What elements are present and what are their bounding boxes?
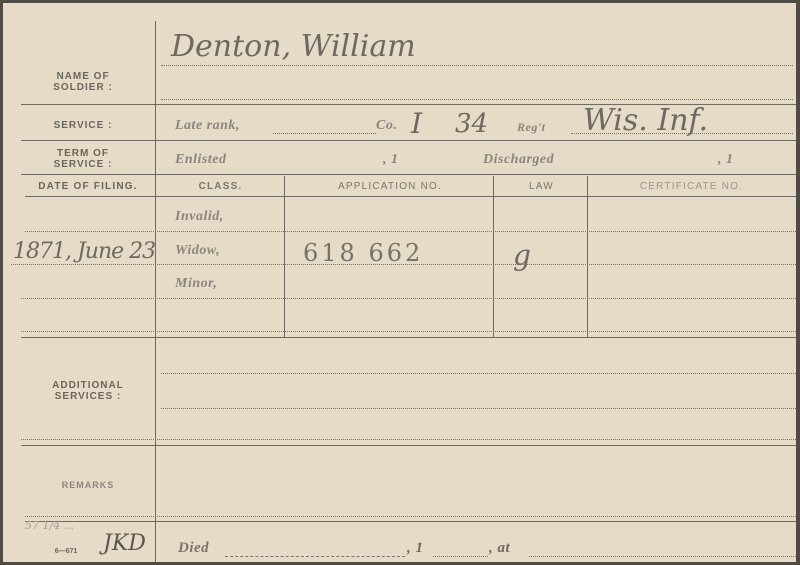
app-law-divider xyxy=(493,176,494,337)
law-cert-divider xyxy=(587,176,588,337)
additional-line-3 xyxy=(21,439,796,440)
term-row-bottom xyxy=(21,174,796,175)
enlisted-year: , 1 xyxy=(383,152,399,168)
died-year-line xyxy=(433,556,488,557)
name-line-1 xyxy=(161,65,793,66)
regiment-value: Wis. Inf. xyxy=(583,103,708,138)
died-label: Died xyxy=(178,540,209,557)
regiment-label: Reg't xyxy=(517,120,546,135)
additional-line-2 xyxy=(161,408,796,409)
late-rank-label: Late rank, xyxy=(175,118,240,134)
table-line-4 xyxy=(21,331,796,332)
additional-line-1 xyxy=(161,373,796,374)
stamp-note: 57 1/4 ... xyxy=(25,519,74,532)
additional-bottom xyxy=(21,445,796,446)
class-invalid: Invalid, xyxy=(175,209,224,225)
died-year: , 1 xyxy=(407,540,424,557)
additional-services-label: ADDITIONAL SERVICES : xyxy=(33,380,143,402)
class-minor: Minor, xyxy=(175,276,217,292)
law-value: g xyxy=(513,239,531,272)
died-date-line xyxy=(225,556,405,557)
enlisted-label: Enlisted xyxy=(175,152,226,168)
died-place-line xyxy=(529,556,796,557)
left-column-divider xyxy=(155,21,156,562)
table-line-1 xyxy=(25,231,796,232)
service-row-bottom xyxy=(21,140,796,141)
remarks-label: REMARKS xyxy=(33,480,143,491)
regiment-number-value: 34 xyxy=(455,109,488,139)
remarks-bottom xyxy=(25,521,796,522)
soldier-name-value: Denton, William xyxy=(171,29,416,64)
late-rank-line xyxy=(273,133,376,134)
application-no-value: 618 662 xyxy=(303,239,423,267)
table-line-3 xyxy=(21,298,796,299)
law-header: LAW xyxy=(495,181,588,192)
name-line-2 xyxy=(161,99,793,100)
company-label: Co. xyxy=(376,118,397,134)
discharged-label: Discharged xyxy=(483,152,554,168)
remarks-line xyxy=(25,516,796,517)
company-value: I xyxy=(411,107,422,140)
date-of-filing-header: DATE OF FILING. xyxy=(23,181,153,192)
table-header-bottom xyxy=(25,196,796,197)
pension-index-card: NAME OF SOLDIER : Denton, William SERVIC… xyxy=(3,3,796,562)
class-app-divider xyxy=(284,176,285,337)
form-number: 6—671 xyxy=(51,546,81,557)
filing-date-value: 1871, June 23 xyxy=(13,239,155,264)
name-of-soldier-label: NAME OF SOLDIER : xyxy=(33,71,133,93)
initials-value: JKD xyxy=(103,531,146,556)
table-bottom xyxy=(21,337,796,338)
class-header: CLASS. xyxy=(158,181,283,192)
certificate-no-header: CERTIFICATE NO. xyxy=(589,181,794,192)
term-of-service-label: TERM OF SERVICE : xyxy=(33,148,133,170)
at-label: , at xyxy=(489,540,510,557)
application-no-header: APPLICATION NO. xyxy=(286,181,494,192)
service-label: SERVICE : xyxy=(33,120,133,131)
discharged-year: , 1 xyxy=(718,152,734,168)
class-widow: Widow, xyxy=(175,243,220,259)
